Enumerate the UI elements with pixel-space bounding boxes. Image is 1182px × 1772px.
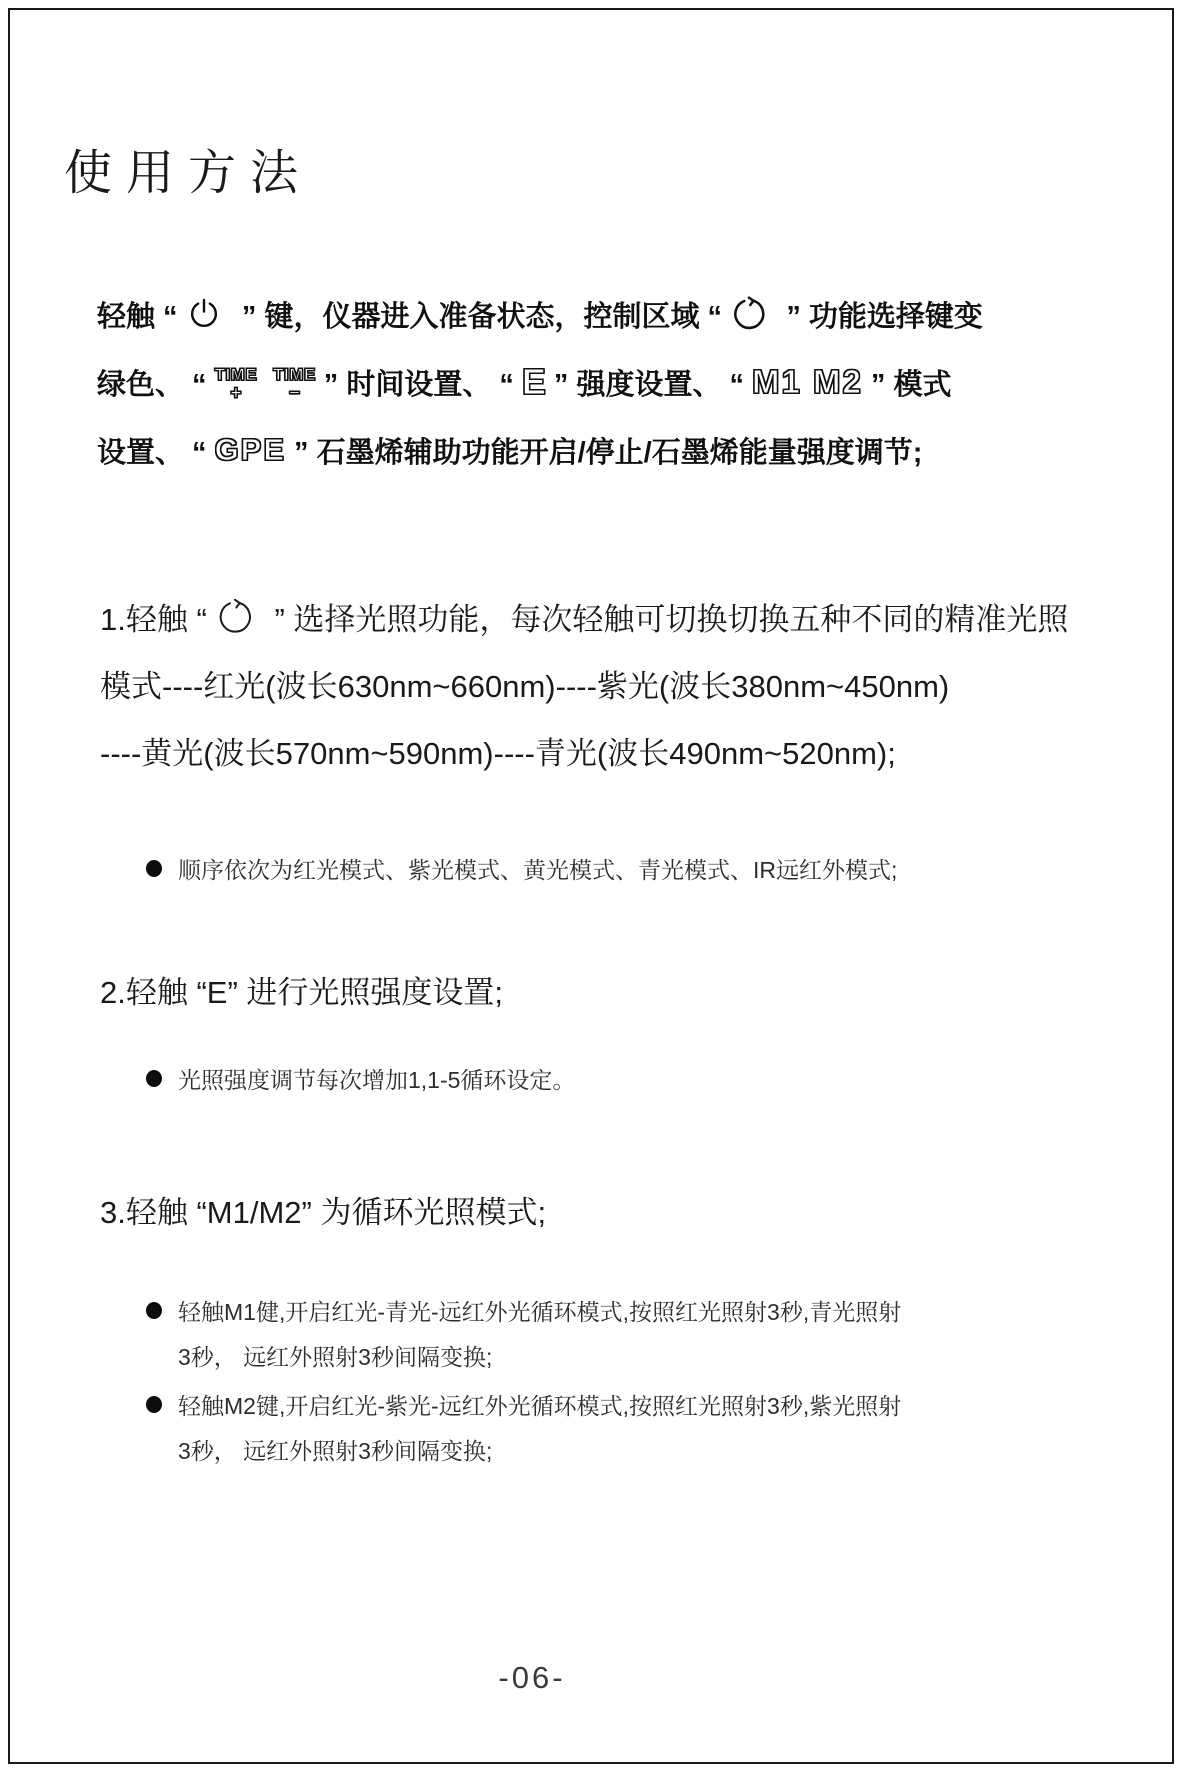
bullet-dot-icon [146,1396,162,1413]
time-plus-key-icon: TIME + [215,366,258,403]
section-text: 3.轻触 “M1/M2” 为循环光照模式; [100,1195,1060,1231]
intensity-key-icon: E [522,361,546,403]
intro-text: ” 功能选择键变 [786,294,983,335]
bullet-text: 光照强度调节每次增加1,1-5循环设定。 [178,1058,575,1103]
section-3-heading: 3.轻触 “M1/M2” 为循环光照模式; [100,1195,1060,1231]
mode-key-icon: M1 M2 [752,363,863,401]
section-1-line-1: 1.轻触 “ ” 选择光照功能，每次轻触可切换切换五种不同的精准光照 [100,583,1060,650]
section-text: ” 选择光照功能，每次轻触可切换切换五种不同的精准光照 [274,594,1068,639]
list-item: 顺序依次为红光模式、紫光模式、黄光模式、青光模式、IR远红外模式; [146,855,1006,893]
bullet-text: 顺序依次为红光模式、紫光模式、黄光模式、青光模式、IR远红外模式; [178,848,897,893]
section-text: ----黄光(波长570nm~590nm)----青光(波长490nm~520n… [100,728,896,773]
intro-text: 绿色、 “ [97,362,207,403]
intro-line-1: 轻触 “ ” 键，仪器进入准备状态，控制区域 “ ” 功能选择键变 [97,280,1027,348]
list-item: 光照强度调节每次增加1,1-5循环设定。 [146,1065,1006,1103]
bullet-dot-icon [146,1302,162,1319]
gpe-key-icon: GPE [215,432,286,468]
section-text: 1.轻触 “ [100,594,207,639]
time-minus-key-icon: TIME − [273,366,316,403]
intro-text: 轻触 “ [97,294,178,335]
intro-text: ” 键，仪器进入准备状态，控制区域 “ [242,294,722,335]
list-item: 轻触M1健,开启红光-青光-远红外光循环模式,按照红光照射3秒,青光照射 3秒，… [146,1297,1006,1380]
bullet-dot-icon [146,860,162,877]
bullet-dot-icon [146,1070,162,1087]
intro-text: ” 时间设置、 “ [324,362,514,403]
intro-text: ” 模式 [871,362,952,403]
section-text: 模式----红光(波长630nm~660nm)----紫光(波长380nm~45… [100,661,949,706]
intro-line-2: 绿色、 “ TIME + TIME − ” 时间设置、 “ E ” 强度设置、 … [97,348,1027,416]
page-title: 使用方法 [64,134,312,203]
section-1-line-3: ----黄光(波长570nm~590nm)----青光(波长490nm~520n… [100,717,1060,784]
intro-paragraph: 轻触 “ ” 键，仪器进入准备状态，控制区域 “ ” 功能选择键变 绿色、 “ … [97,280,1027,484]
list-item: 轻触M2键,开启红光-紫光-远红外光循环模式,按照红光照射3秒,紫光照射 3秒，… [146,1391,1006,1474]
page-number: -06- [0,1660,1064,1696]
intro-line-3: 设置、 “ GPE ” 石墨烯辅助功能开启/停止/石墨烯能量强度调节; [97,416,1027,484]
intro-text: ” 强度设置、 “ [554,362,744,403]
section-text: 2.轻触 “E” 进行光照强度设置; [100,975,1060,1011]
intro-text: ” 石墨烯辅助功能开启/停止/石墨烯能量强度调节; [294,430,922,471]
section-2-heading: 2.轻触 “E” 进行光照强度设置; [100,975,1060,1011]
bullet-text: 轻触M1健,开启红光-青光-远红外光循环模式,按照红光照射3秒,青光照射 3秒，… [178,1290,901,1380]
intro-text: 设置、 “ [97,430,207,471]
bullet-text: 轻触M2键,开启红光-紫光-远红外光循环模式,按照红光照射3秒,紫光照射 3秒，… [178,1384,901,1474]
section-1-heading: 1.轻触 “ ” 选择光照功能，每次轻触可切换切换五种不同的精准光照 模式---… [100,583,1060,784]
